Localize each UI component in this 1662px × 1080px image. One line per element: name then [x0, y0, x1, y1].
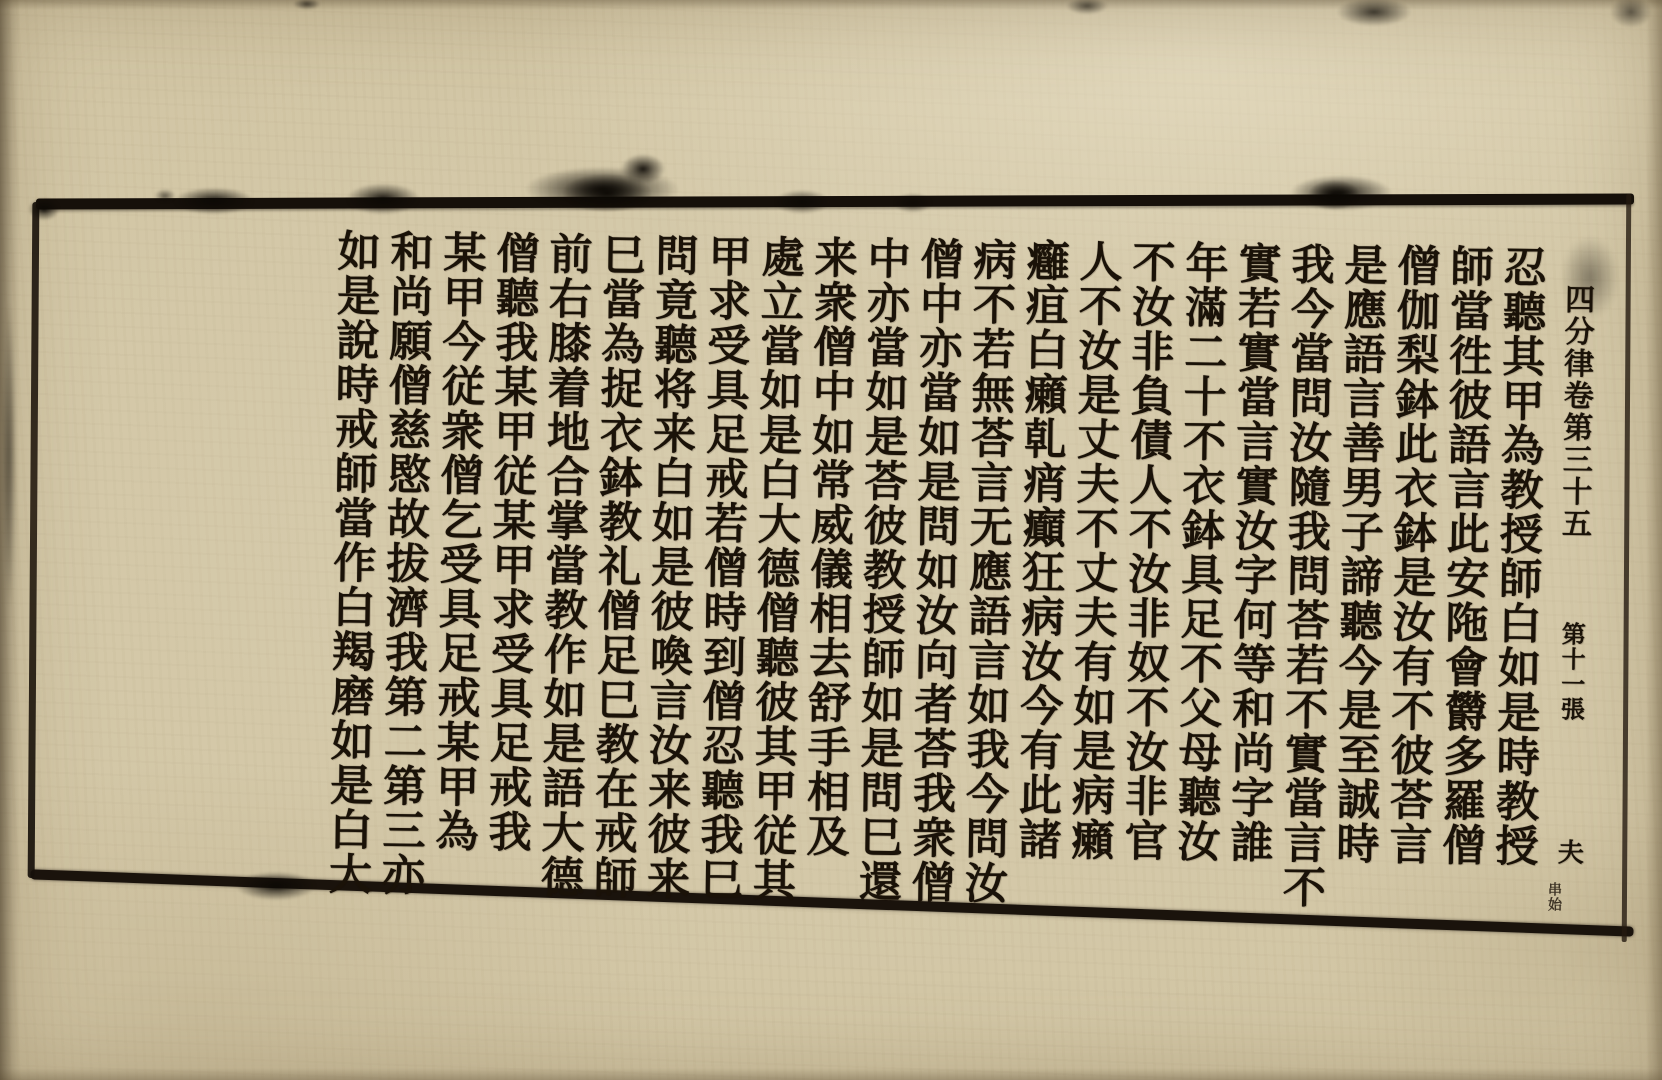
- ink-smudge: [1058, 0, 1116, 18]
- ink-smudge: [0, 240, 18, 670]
- ink-smudge: [332, 177, 434, 221]
- text-column-10: 癰疽白癩乹痟癲狂病汝今有此諸: [1014, 238, 1066, 907]
- text-column-18: 巳當為捉衣鉢教礼僧足巳教在戒師: [590, 232, 642, 901]
- text-column-12: 僧中亦當如是問如汝向者荅我衆僧: [908, 236, 960, 905]
- volume-title: 四分律卷第三十五: [1558, 283, 1592, 539]
- text-column-19: 前右膝着地合掌當教作如是語大德: [537, 231, 589, 900]
- text-column-15: 處立當如是白大德僧聽彼其甲従其: [749, 234, 801, 903]
- text-column-7: 年滿二十不衣鉢具足不父母聽汝: [1173, 240, 1225, 909]
- text-column-17: 問竟聽将来白如是彼喚言汝来彼来: [643, 233, 695, 902]
- text-column-2: 師當徃彼語言此安陁會欝多羅僧: [1438, 244, 1490, 913]
- text-column-8: 不汝非負債人不汝非奴不汝非官: [1120, 239, 1172, 908]
- title-column: 四分律卷第三十五 第十一張 夫: [1546, 283, 1598, 914]
- text-column-3: 僧伽梨鉢此衣鉢是汝有不彼荅言: [1385, 243, 1437, 912]
- ink-smudge: [22, 193, 66, 225]
- ink-smudge: [886, 189, 940, 217]
- text-column-13: 中亦當如是荅彼教授師如是問巳還: [855, 236, 907, 905]
- text-column-23: 如是說時戒師當作白羯磨如是白大: [325, 228, 377, 897]
- text-column-5: 我今當問汝隨我問荅若不實當言不: [1279, 242, 1331, 911]
- text-column-9: 人不汝是丈夫不丈夫有如是病癩: [1067, 239, 1119, 908]
- text-column-6: 實若實當言實汝字何等和尚字誰: [1226, 241, 1278, 910]
- paper-edge-bottom: [0, 1068, 1662, 1080]
- text-column-11: 病不若無荅言无應語言如我今問汝: [961, 237, 1013, 906]
- sheet-number: 第十一張: [1558, 621, 1583, 721]
- text-column-16: 甲求受具足戒若僧時到僧忍聽我巳: [696, 233, 748, 902]
- text-block: 四分律卷第三十五 第十一張 夫 忍聽其甲為教授師白如是時教授 師當徃彼語言此安陁…: [21, 224, 1610, 914]
- ink-smudge: [612, 148, 674, 190]
- text-column-1: 忍聽其甲為教授師白如是時教授: [1491, 245, 1543, 914]
- case-marker: 夫: [1555, 838, 1581, 866]
- paper-edge-right: [1646, 0, 1662, 1080]
- text-column-22: 和尚願僧慈愍故拔濟我第二第三亦: [378, 229, 430, 898]
- text-column-20: 僧聽我某甲従某甲求受具足戒我: [484, 230, 536, 899]
- text-column-4: 是應語言善男子諦聽今是至誠時: [1332, 242, 1384, 911]
- ink-smudge: [1322, 0, 1426, 32]
- ink-smudge: [763, 185, 841, 219]
- text-column-14: 来衆僧中如常威儀相去舒手相及: [802, 235, 854, 904]
- text-column-21: 某甲今従衆僧乞受具足戒某甲為: [431, 230, 483, 899]
- ink-smudge: [288, 0, 326, 12]
- ink-smudge: [150, 186, 180, 206]
- scanned-sutra-page: 四分律卷第三十五 第十一張 夫 忍聽其甲為教授師白如是時教授 師當徃彼語言此安陁…: [0, 0, 1662, 1080]
- ink-smudge: [1298, 174, 1370, 216]
- engraver-mark: 串始: [1547, 882, 1561, 912]
